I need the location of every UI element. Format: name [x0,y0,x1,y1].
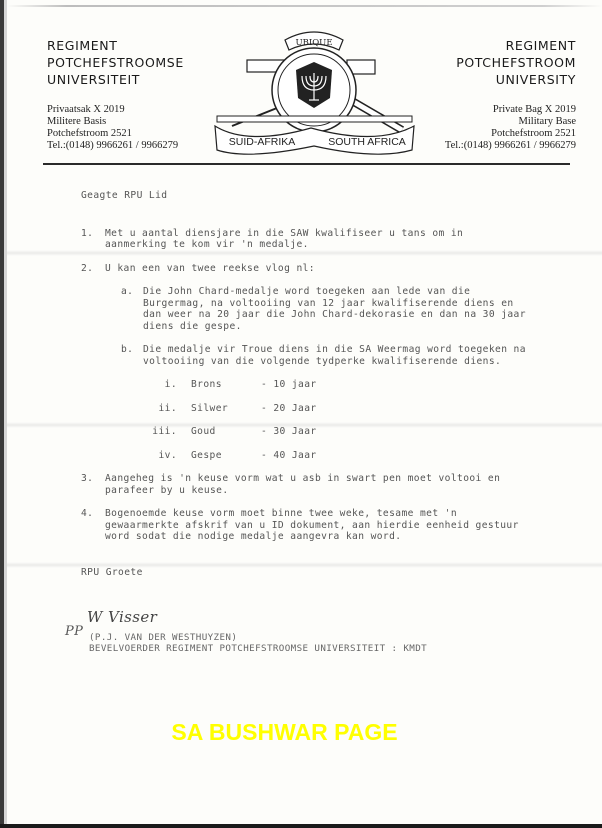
sub-item-a: a. Die John Chard-medalje word toegeken … [121,286,531,332]
paragraph-2: 2. U kan een van twee reekse vlog nl: [81,263,531,275]
paragraph-1: 1. Met u aantal diensjare in die SAW kwa… [81,228,531,251]
salutation: Geagte RPU Lid [81,190,531,202]
signatory-name: (P.J. VAN DER WESTHUYZEN) [89,632,427,643]
paragraph-4: 4. Bogenoemde keuse vorm moet binne twee… [81,508,531,543]
scan-edge [0,824,602,828]
rank-item: ii. Silwer - 20 Jaar [131,403,531,415]
svg-text:SOUTH AFRICA: SOUTH AFRICA [328,136,406,148]
signature-block: PP W Visser (P.J. VAN DER WESTHUYZEN) BE… [67,622,427,654]
svg-text:SUID-AFRIKA: SUID-AFRIKA [229,136,296,148]
address-afrikaans: Privaatsak X 2019 Militere Basis Potchef… [47,104,184,152]
rank-item: i. Brons - 10 jaar [131,379,531,391]
org-name-english: REGIMENT POTCHEFSTROOM UNIVERSITY [445,37,576,88]
svg-text:UBIQUE: UBIQUE [295,38,332,48]
rank-item: iii. Goud - 30 Jaar [131,426,531,438]
handwritten-signature: W Visser [87,612,157,623]
address-english: Private Bag X 2019 Military Base Potchef… [445,104,576,152]
letterhead-divider [43,163,570,165]
sub-item-b: b. Die medalje vir Troue diens in die SA… [121,344,531,367]
letterhead-right: REGIMENT POTCHEFSTROOM UNIVERSITY Privat… [445,37,576,152]
scanned-letter-page: REGIMENT POTCHEFSTROOMSE UNIVERSITEIT Pr… [4,0,602,824]
site-banner: SA BUSHWAR PAGE [7,719,602,746]
menorah-cannon-crest-icon: UBIQUE SUID-AFRIKA SOUTH AFRICA [207,18,422,158]
rank-item: iv. Gespe - 40 Jaar [131,450,531,462]
letter-body: Geagte RPU Lid 1. Met u aantal diensjare… [81,190,531,578]
signatory-title: BEVELVOERDER REGIMENT POTCHEFSTROOMSE UN… [89,643,427,654]
pp-mark: PP [65,626,83,637]
paragraph-3: 3. Aangeheg is 'n keuse vorm wat u asb i… [81,473,531,496]
org-name-afrikaans: REGIMENT POTCHEFSTROOMSE UNIVERSITEIT [47,37,184,88]
letterhead-left: REGIMENT POTCHEFSTROOMSE UNIVERSITEIT Pr… [47,37,184,152]
closing: RPU Groete [81,567,531,579]
